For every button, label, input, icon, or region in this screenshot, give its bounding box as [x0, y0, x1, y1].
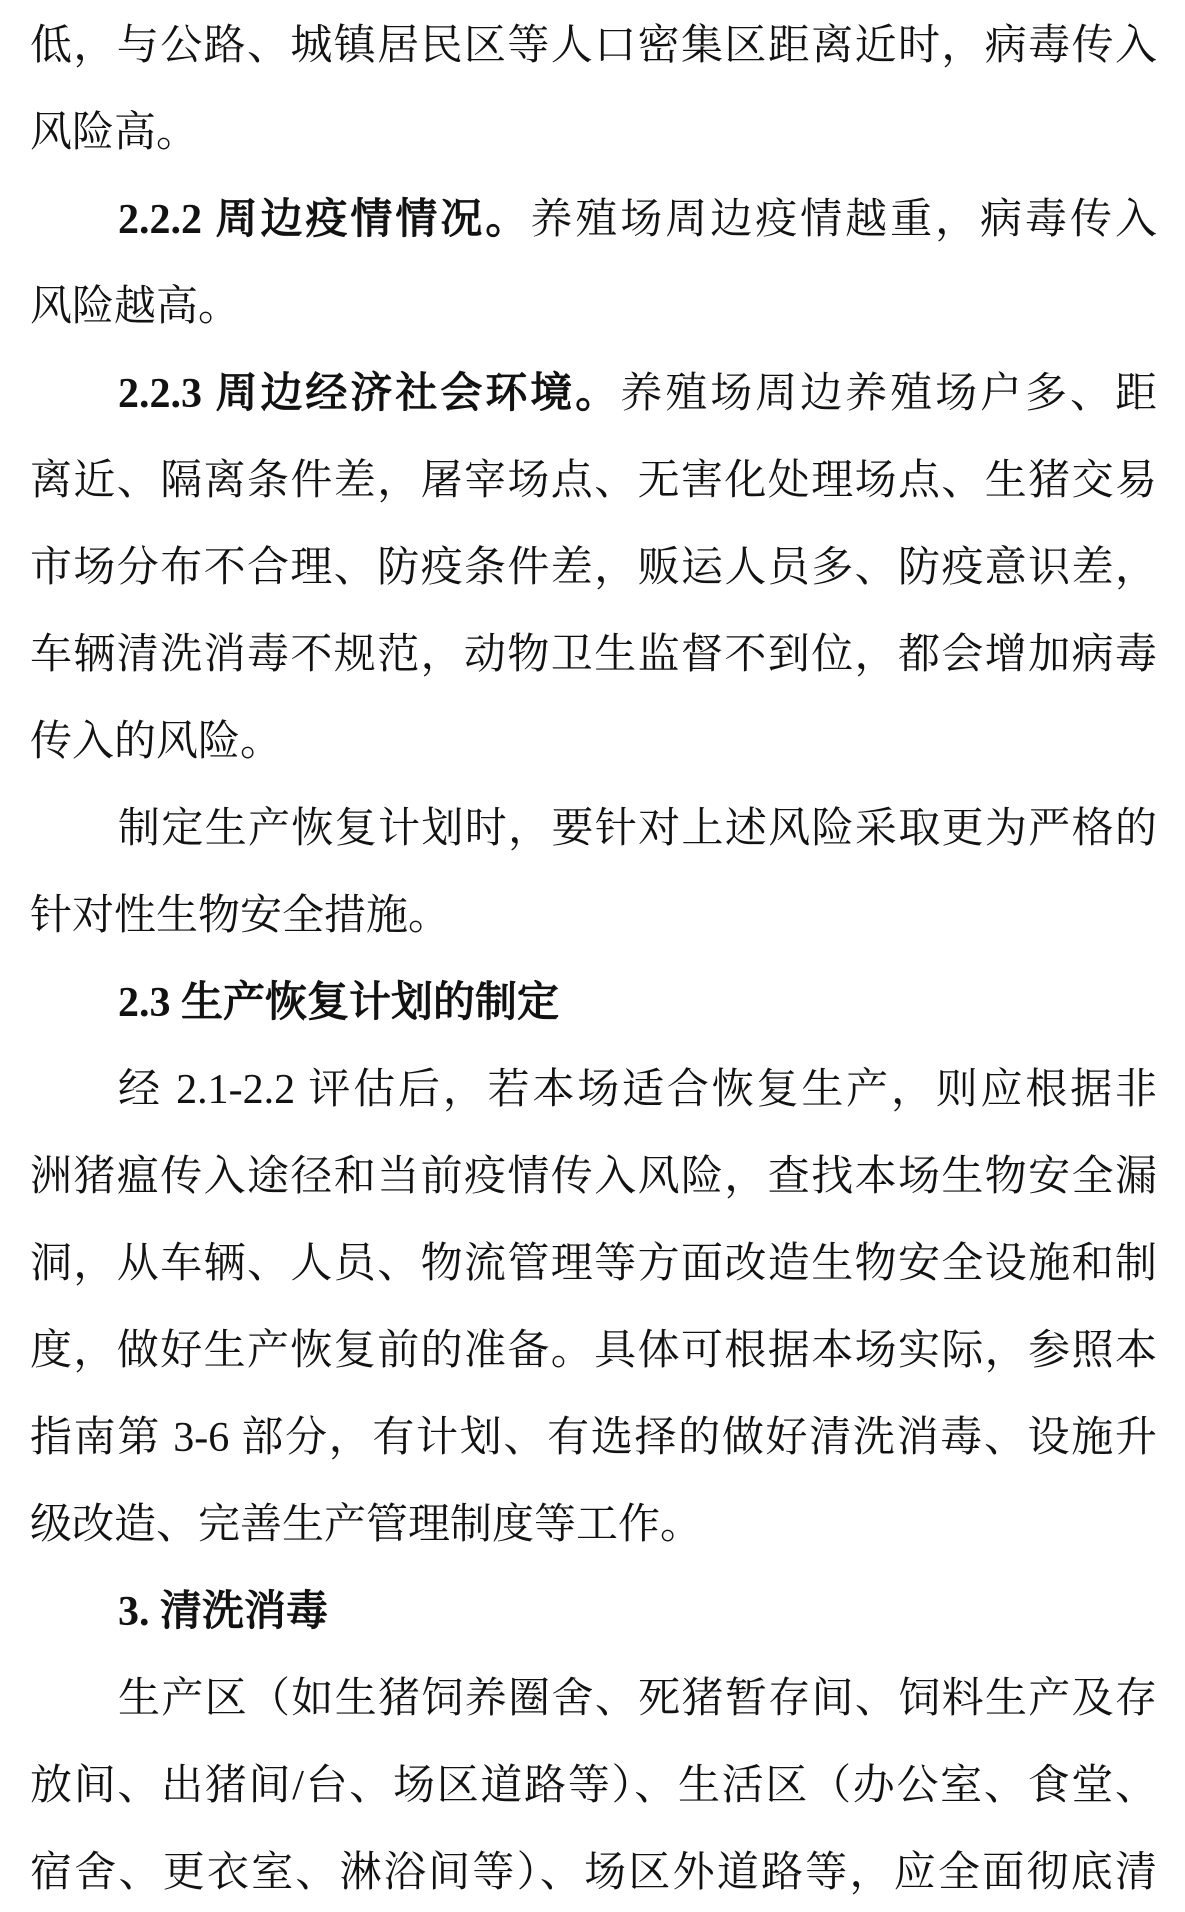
- text-segment: 洞，从车辆、人员、物流管理等方面改造生物安全设施和制: [30, 1241, 1157, 1287]
- text-line: 2.2.2 周边疫情情况。养殖场周边疫情越重，病毒传入: [30, 177, 1157, 264]
- text-segment: 风险越高。: [30, 284, 240, 330]
- text-segment: 经 2.1-2.2 评估后，若本场适合恢复生产，则应根据非: [118, 1067, 1157, 1113]
- text-segment: 宿舍、更衣室、淋浴间等）、场区外道路等，应全面彻底清: [30, 1850, 1157, 1896]
- text-segment: 生产区（如生猪饲养圈舍、死猪暂存间、饲料生产及存: [118, 1676, 1157, 1722]
- text-segment: 风险高。: [30, 110, 198, 156]
- text-line: 针对性生物安全措施。: [30, 873, 1157, 960]
- text-line: 经 2.1-2.2 评估后，若本场适合恢复生产，则应根据非: [30, 1047, 1157, 1134]
- text-line: 风险高。: [30, 90, 1157, 177]
- text-line: 洲猪瘟传入途径和当前疫情传入风险，查找本场生物安全漏: [30, 1134, 1157, 1221]
- text-segment: 离近、隔离条件差，屠宰场点、无害化处理场点、生猪交易: [30, 458, 1157, 504]
- text-line: 放间、出猪间/台、场区道路等）、生活区（办公室、食堂、: [30, 1743, 1157, 1830]
- text-line: 指南第 3-6 部分，有计划、有选择的做好清洗消毒、设施升: [30, 1395, 1157, 1482]
- text-segment: 传入的风险。: [30, 719, 282, 765]
- text-segment: 车辆清洗消毒不规范，动物卫生监督不到位，都会增加病毒: [30, 632, 1157, 678]
- text-segment: 放间、出猪间/台、场区道路等）、生活区（办公室、食堂、: [30, 1763, 1157, 1809]
- text-segment: 指南第 3-6 部分，有计划、有选择的做好清洗消毒、设施升: [30, 1415, 1157, 1461]
- text-line: 车辆清洗消毒不规范，动物卫生监督不到位，都会增加病毒: [30, 612, 1157, 699]
- text-line: 度，做好生产恢复前的准备。具体可根据本场实际，参照本: [30, 1308, 1157, 1395]
- text-line: 宿舍、更衣室、淋浴间等）、场区外道路等，应全面彻底清: [30, 1830, 1157, 1912]
- text-line: 风险越高。: [30, 264, 1157, 351]
- bold-text-segment: 3. 清洗消毒: [118, 1589, 328, 1635]
- text-line: 传入的风险。: [30, 699, 1157, 786]
- text-segment: 级改造、完善生产管理制度等工作。: [30, 1502, 702, 1548]
- text-segment: 度，做好生产恢复前的准备。具体可根据本场实际，参照本: [30, 1328, 1157, 1374]
- text-segment: 市场分布不合理、防疫条件差，贩运人员多、防疫意识差，: [30, 545, 1157, 591]
- text-segment: 低，与公路、城镇居民区等人口密集区距离近时，病毒传入: [30, 23, 1157, 69]
- section-heading: 2.3 生产恢复计划的制定: [30, 960, 1157, 1047]
- section-heading: 3. 清洗消毒: [30, 1569, 1157, 1656]
- text-line: 离近、隔离条件差，屠宰场点、无害化处理场点、生猪交易: [30, 438, 1157, 525]
- text-segment: 针对性生物安全措施。: [30, 893, 450, 939]
- text-line: 制定生产恢复计划时，要针对上述风险采取更为严格的: [30, 786, 1157, 873]
- text-segment: 制定生产恢复计划时，要针对上述风险采取更为严格的: [118, 806, 1157, 852]
- text-line: 级改造、完善生产管理制度等工作。: [30, 1482, 1157, 1569]
- text-line: 洞，从车辆、人员、物流管理等方面改造生物安全设施和制: [30, 1221, 1157, 1308]
- text-segment: 洲猪瘟传入途径和当前疫情传入风险，查找本场生物安全漏: [30, 1154, 1157, 1200]
- text-line: 低，与公路、城镇居民区等人口密集区距离近时，病毒传入: [30, 3, 1157, 90]
- bold-text-segment: 2.2.3 周边经济社会环境。: [118, 371, 620, 417]
- text-line: 2.2.3 周边经济社会环境。养殖场周边养殖场户多、距: [30, 351, 1157, 438]
- text-segment: 养殖场周边疫情越重，病毒传入: [530, 197, 1157, 243]
- bold-text-segment: 2.3 生产恢复计划的制定: [118, 980, 559, 1026]
- document-page: 低，与公路、城镇居民区等人口密集区距离近时，病毒传入风险高。2.2.2 周边疫情…: [0, 0, 1185, 1912]
- text-segment: 养殖场周边养殖场户多、距: [620, 371, 1157, 417]
- text-line: 生产区（如生猪饲养圈舍、死猪暂存间、饲料生产及存: [30, 1656, 1157, 1743]
- bold-text-segment: 2.2.2 周边疫情情况。: [118, 197, 530, 243]
- text-line: 市场分布不合理、防疫条件差，贩运人员多、防疫意识差，: [30, 525, 1157, 612]
